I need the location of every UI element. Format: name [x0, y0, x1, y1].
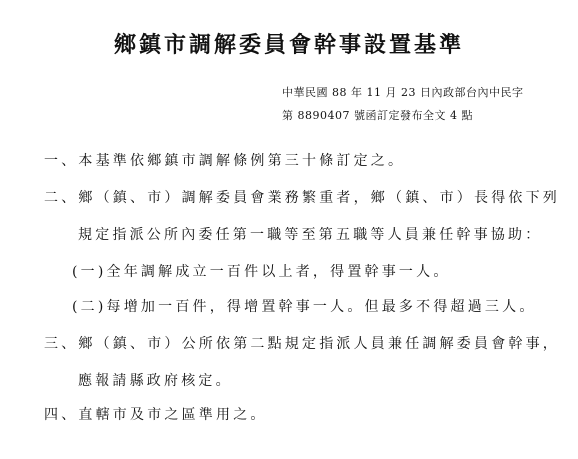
document-title: 鄉鎮市調解委員會幹事設置基準 — [0, 28, 578, 59]
article-2-continued: 規定指派公所內委任第一職等至第五職等人員兼任幹事協助： — [78, 224, 542, 244]
article-2: 二、鄉（鎮、市）調解委員會業務繁重者，鄉（鎮、市）長得依下列 — [44, 187, 560, 207]
article-1: 一、本基準依鄉鎮市調解條例第三十條訂定之。 — [44, 150, 405, 170]
article-2-item-2: (二)每增加一百件，得增置幹事一人。但最多不得超過三人。 — [72, 296, 537, 316]
article-4: 四、直轄市及市之區準用之。 — [44, 404, 268, 424]
article-3-continued: 應報請縣政府核定。 — [78, 370, 233, 390]
issuance-line-2: 第 8890407 號函訂定發布全文 4 點 — [282, 107, 473, 123]
article-3: 三、鄉（鎮、市）公所依第二點規定指派人員兼任調解委員會幹事， — [44, 333, 560, 353]
article-2-item-1: (一)全年調解成立一百件以上者，得置幹事一人。 — [72, 261, 451, 281]
issuance-line-1: 中華民國 88 年 11 月 23 日內政部台內中民字 — [282, 84, 523, 100]
